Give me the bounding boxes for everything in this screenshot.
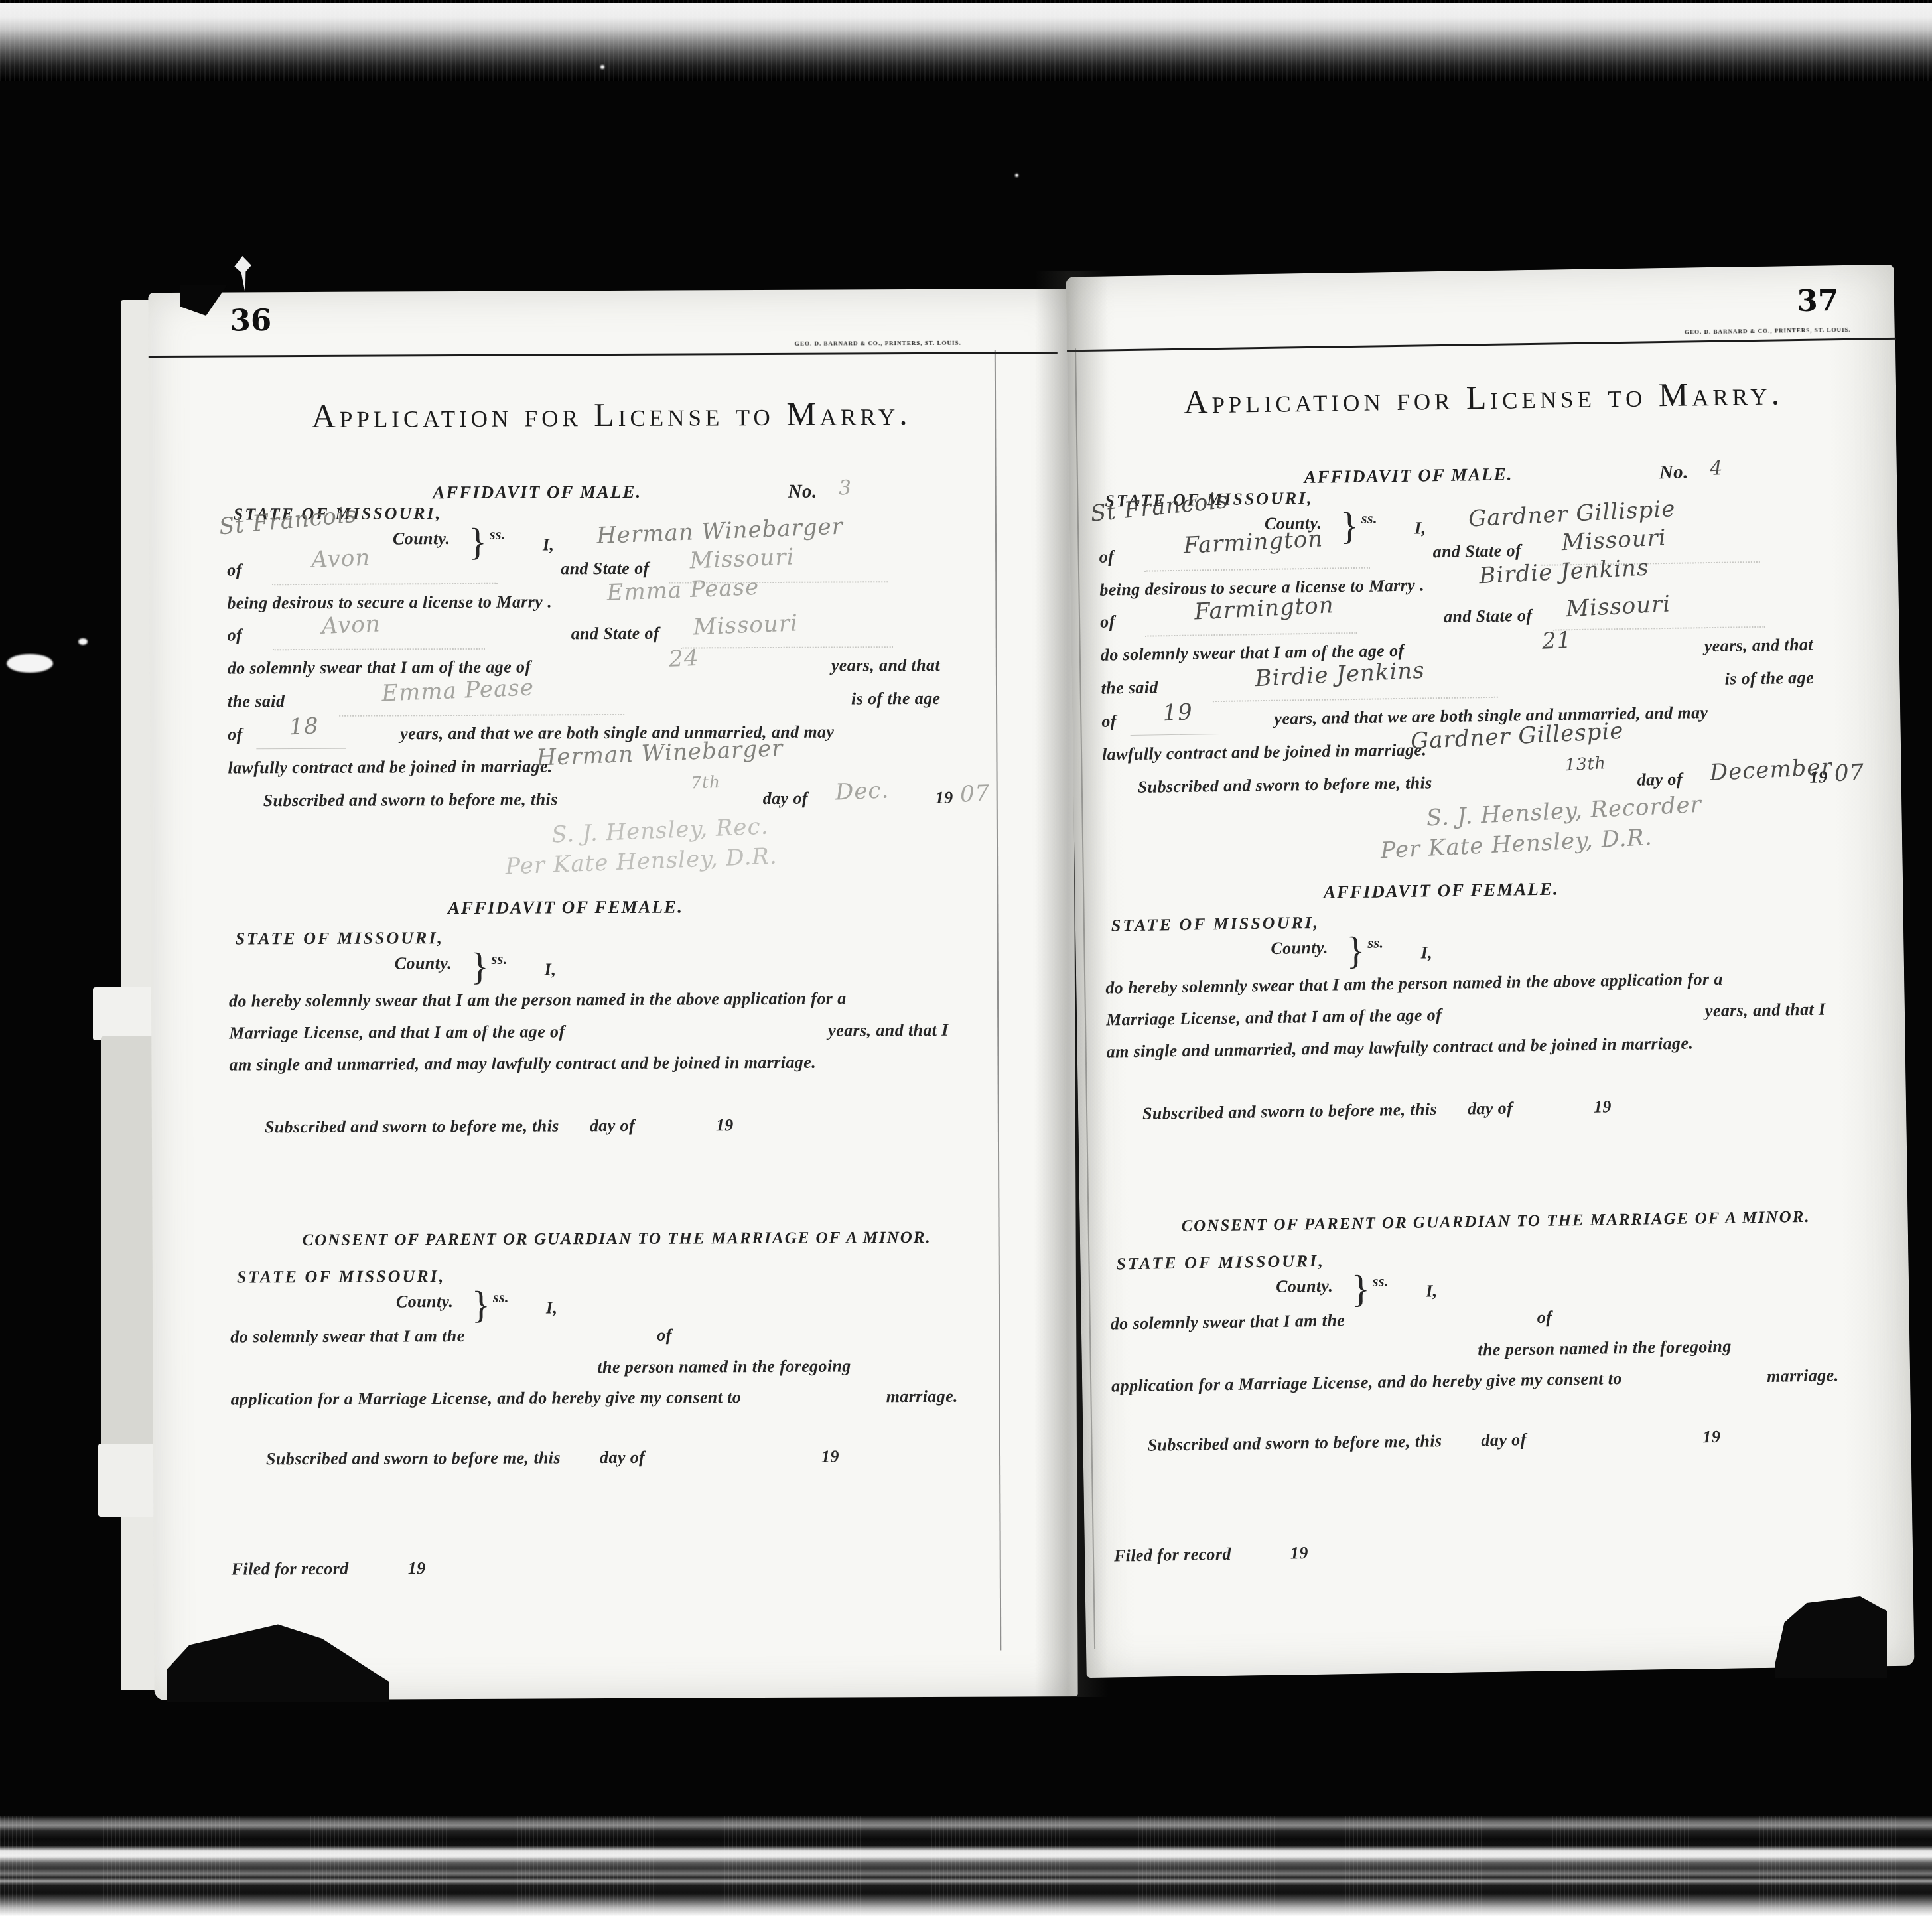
swear-age-text: do solemnly swear that I am of the age o… — [228, 657, 531, 679]
header-rule — [149, 352, 1058, 358]
consent-swear-line: do solemnly swear that I am the of — [229, 1324, 1002, 1360]
filed-for-record-label: Filed for record — [232, 1559, 349, 1580]
years-and-that-label: years, and that — [831, 655, 940, 676]
groom-age-handwriting: 24 — [668, 645, 699, 673]
the-said-line: the said Emma Pease is of the age — [226, 688, 999, 724]
state-of-missouri-label: STATE OF MISSOURI, — [237, 1266, 445, 1287]
county-label: County. — [396, 1292, 454, 1312]
application-number-handwriting: 3 — [838, 476, 852, 500]
female-swear-line-2: Marriage License, and that I am of the a… — [228, 1020, 1000, 1056]
of-label: of — [1099, 547, 1114, 567]
sworn-day-handwriting: 7th — [691, 772, 721, 793]
county-label: County. — [393, 529, 450, 549]
year-19-label: 19 — [716, 1115, 734, 1135]
marriage-application-form: 36 GEO. D. BARNARD & CO., PRINTERS, ST. … — [224, 289, 1003, 1700]
dust-speck — [600, 65, 604, 69]
consent-person-text: the person named in the foregoing — [597, 1356, 851, 1377]
is-of-the-age-label: is of the age — [1724, 668, 1814, 689]
female-years-label: years, and that I — [828, 1020, 949, 1041]
consent-person-text: the person named in the foregoing — [1478, 1337, 1732, 1361]
page-edge-strip — [101, 1036, 158, 1446]
of-label: of — [228, 625, 243, 645]
application-number-handwriting: 4 — [1709, 456, 1724, 480]
female-swear-text-1: do hereby solemnly swear that I am the p… — [1105, 969, 1723, 998]
consent-of-label: of — [657, 1326, 672, 1345]
county-label: County. — [1276, 1276, 1334, 1297]
groom-state-handwriting: Missouri — [1561, 525, 1667, 557]
i-label: I, — [545, 959, 557, 979]
filed-for-record-line: Filed for record 19 — [230, 1556, 1003, 1592]
ss-label: ss. — [1367, 934, 1383, 951]
consent-marriage-label: marriage. — [1767, 1365, 1839, 1387]
form-border-rule — [1075, 348, 1095, 1649]
year-19-label: 19 — [1594, 1097, 1612, 1117]
header-rule — [1067, 338, 1896, 352]
female-years-label: years, and that I — [1705, 1000, 1826, 1022]
consent-application-line: application for a Marriage License, and … — [230, 1386, 1002, 1422]
scanner-artifact-top-band — [0, 0, 1932, 81]
ss-label: ss. — [493, 1289, 509, 1306]
dust-speck — [78, 638, 88, 645]
female-county-line: County. } ss. I, — [228, 951, 1000, 987]
subscribed-text: Subscribed and sworn to before me, this — [1147, 1431, 1442, 1456]
day-of-label: day of — [600, 1448, 645, 1468]
state-of-missouri-label: STATE OF MISSOURI, — [236, 928, 444, 949]
consent-of-label: of — [1537, 1308, 1552, 1328]
printer-mark: GEO. D. BARNARD & CO., PRINTERS, ST. LOU… — [795, 340, 961, 347]
consent-swear-text: do solemnly swear that I am the — [1111, 1310, 1345, 1334]
form-title: Application for License to Marry. — [225, 393, 998, 435]
female-swear-text-3: am single and unmarried, and may lawfull… — [229, 1053, 816, 1075]
consent-heading: CONSENT OF PARENT OR GUARDIAN TO THE MAR… — [265, 1229, 969, 1251]
consent-application-text: application for a Marriage License, and … — [231, 1387, 742, 1409]
sworn-year-handwriting: 07 — [1834, 759, 1865, 787]
subscribed-text: Subscribed and sworn to before me, this — [1142, 1099, 1437, 1124]
subscribed-text: Subscribed and sworn to before me, this — [1138, 773, 1432, 797]
bride-residence-handwriting: Avon — [321, 610, 381, 639]
dust-speck — [7, 654, 53, 673]
marriage-application-form: 37 GEO. D. BARNARD & CO., PRINTERS, ST. … — [1093, 267, 1890, 1677]
state-of-missouri-label: STATE OF MISSOURI, — [1111, 913, 1320, 936]
of-label: of — [1100, 612, 1115, 632]
groom-age-handwriting: 21 — [1541, 627, 1572, 655]
county-label: County. — [395, 953, 452, 973]
i-label: I, — [546, 1298, 558, 1318]
consent-marriage-label: marriage. — [886, 1387, 958, 1406]
the-said-label: the said — [1101, 677, 1158, 698]
i-label: I, — [1420, 943, 1432, 963]
and-state-of-label: and State of — [1432, 541, 1521, 562]
day-of-label: day of — [763, 789, 808, 809]
female-swear-text-1: do hereby solemnly swear that I am the p… — [229, 989, 847, 1011]
page-edge-tab — [93, 987, 157, 1040]
filed-for-record-line: Filed for record 19 — [1113, 1535, 1890, 1579]
bride-age-handwriting: 19 — [1162, 699, 1193, 726]
subscribed-text: Subscribed and sworn to before me, this — [266, 1448, 561, 1469]
female-swear-text-2: Marriage License, and that I am of the a… — [229, 1022, 565, 1043]
of-label: of — [228, 724, 243, 744]
sworn-month-handwriting: Dec. — [835, 777, 890, 805]
consent-subscribed-line: Subscribed and sworn to before me, this … — [230, 1446, 1002, 1482]
female-subscribed-line: Subscribed and sworn to before me, this … — [1106, 1093, 1883, 1137]
i-label: I, — [1426, 1281, 1438, 1301]
bride-age-handwriting: 18 — [289, 713, 320, 740]
female-subscribed-line: Subscribed and sworn to before me, this … — [228, 1114, 1001, 1150]
ss-label: ss. — [490, 526, 506, 543]
year-19-label: 19 — [408, 1558, 426, 1578]
filed-for-record-label: Filed for record — [1114, 1544, 1231, 1566]
consent-subscribed-line: Subscribed and sworn to before me, this … — [1111, 1424, 1888, 1469]
deputy-signature-line: Per Kate Hensley, D.R. — [227, 854, 1000, 890]
affidavit-female-heading: AFFIDAVIT OF FEMALE. — [353, 896, 778, 919]
i-label: I, — [543, 535, 555, 555]
and-state-of-label: and State of — [571, 624, 660, 644]
brace-glyph: } — [1340, 504, 1359, 548]
form-title: Application for License to Marry. — [1095, 372, 1872, 422]
dust-speck — [1015, 174, 1018, 177]
i-label: I, — [1414, 518, 1426, 538]
brace-glyph: } — [470, 944, 489, 989]
ss-label: ss. — [492, 951, 508, 968]
blank-underline — [272, 559, 498, 585]
day-of-label: day of — [1637, 770, 1683, 790]
day-of-label: day of — [590, 1116, 635, 1136]
subscribed-text: Subscribed and sworn to before me, this — [263, 789, 558, 811]
ss-label: ss. — [1361, 510, 1377, 527]
year-19-label: 19 — [821, 1447, 839, 1467]
subscribed-text: Subscribed and sworn to before me, this — [265, 1116, 559, 1137]
county-label: County. — [1271, 938, 1328, 959]
year-19-label: 19 — [1702, 1427, 1720, 1447]
page-number: 37 — [1797, 283, 1838, 318]
book-page-36: 36 GEO. D. BARNARD & CO., PRINTERS, ST. … — [148, 289, 1077, 1700]
consent-county-line: County. } ss. I, — [229, 1289, 1002, 1326]
day-of-label: day of — [1481, 1430, 1527, 1450]
state-of-missouri-label: STATE OF MISSOURI, — [1116, 1251, 1325, 1274]
the-said-label: the said — [228, 691, 285, 711]
female-swear-line-1: do hereby solemnly swear that I am the p… — [228, 988, 1000, 1024]
sworn-day-handwriting: 13th — [1564, 753, 1606, 774]
brace-glyph: } — [1346, 928, 1365, 973]
day-of-label: day of — [1468, 1099, 1513, 1119]
groom-age-line: do solemnly swear that I am of the age o… — [226, 655, 999, 691]
year-19-label: 19 — [1290, 1543, 1308, 1563]
sworn-year-handwriting: 07 — [959, 780, 991, 808]
affidavit-male-heading: AFFIDAVIT OF MALE. — [365, 481, 710, 503]
of-label: of — [1101, 711, 1117, 731]
no-label: No. — [1659, 461, 1689, 484]
desirous-text: being desirous to secure a license to Ma… — [227, 592, 552, 613]
consent-swear-text: do solemnly swear that I am the — [230, 1326, 464, 1347]
bride-name-handwriting: Emma Pease — [606, 574, 760, 606]
page-number: 36 — [230, 303, 271, 338]
brace-glyph: } — [472, 1282, 490, 1327]
scanned-document-canvas: 36 GEO. D. BARNARD & CO., PRINTERS, ST. … — [0, 0, 1932, 1916]
bride-state-handwriting: Missouri — [1565, 590, 1671, 622]
is-of-the-age-label: is of the age — [851, 689, 941, 709]
no-label: No. — [788, 481, 817, 503]
book-page-37: 37 GEO. D. BARNARD & CO., PRINTERS, ST. … — [1066, 265, 1914, 1678]
and-state-of-label: and State of — [1444, 606, 1533, 627]
female-swear-text-2: Marriage License, and that I am of the a… — [1106, 1005, 1442, 1030]
bride-state-handwriting: Missouri — [693, 610, 799, 640]
bride-residence-line: of Avon and State of Missouri — [226, 622, 999, 658]
groom-residence-handwriting: Avon — [311, 545, 371, 573]
paper-tear-fragment — [232, 256, 255, 293]
affidavit-female-heading: AFFIDAVIT OF FEMALE. — [1229, 877, 1653, 904]
and-state-of-label: and State of — [561, 559, 650, 579]
of-label: of — [227, 560, 242, 580]
groom-state-handwriting: Missouri — [689, 543, 795, 574]
scanner-artifact-bottom-band — [0, 1816, 1932, 1916]
brace-glyph: } — [468, 519, 487, 564]
lawfully-text: lawfully contract and be joined in marri… — [228, 756, 552, 778]
printer-mark: GEO. D. BARNARD & CO., PRINTERS, ST. LOU… — [1685, 326, 1851, 336]
years-and-that-label: years, and that — [1704, 635, 1814, 656]
year-19-label: 19 — [935, 788, 953, 808]
brace-glyph: } — [1351, 1266, 1371, 1311]
lawfully-text: lawfully contract and be joined in marri… — [1102, 740, 1427, 764]
page-edge-tab — [98, 1444, 161, 1517]
year-19-label: 19 — [1809, 767, 1827, 787]
ss-label: ss. — [1373, 1272, 1389, 1290]
consent-heading: CONSENT OF PARENT OR GUARDIAN TO THE MAR… — [1144, 1207, 1847, 1237]
consent-subheader: CONSENT OF PARENT OR GUARDIAN TO THE MAR… — [229, 1228, 1002, 1265]
female-swear-line-3: am single and unmarried, and may lawfull… — [228, 1052, 1000, 1088]
